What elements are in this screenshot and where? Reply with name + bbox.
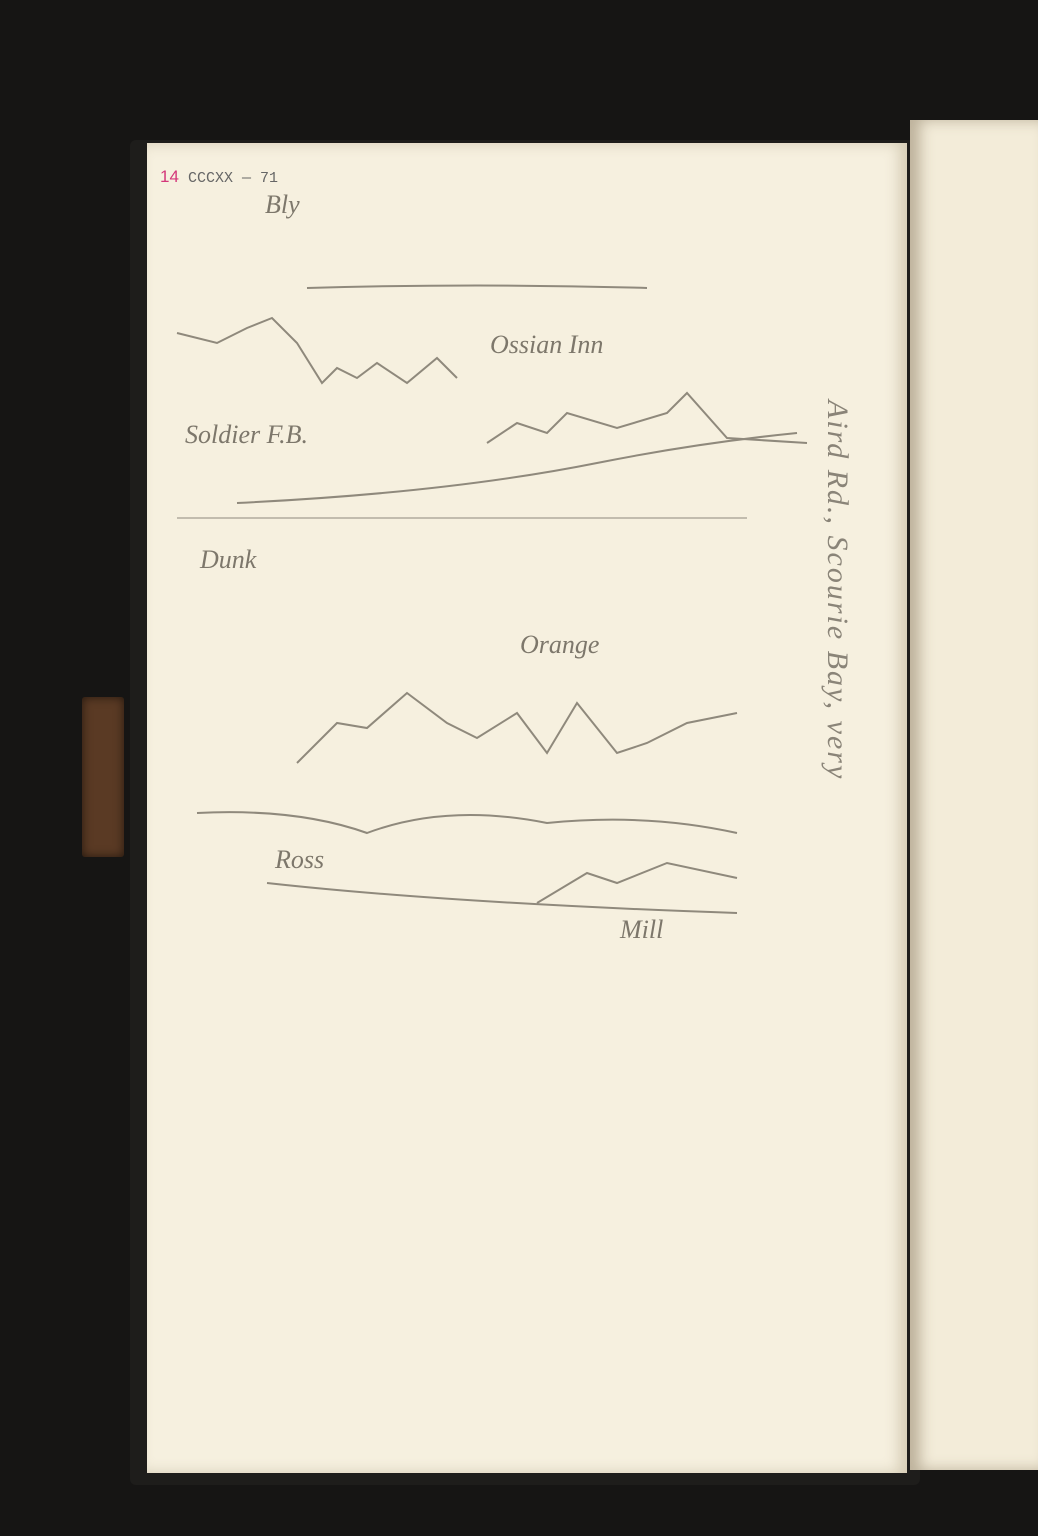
sketch-label: Dunk: [200, 545, 256, 575]
page-number: 14: [160, 167, 179, 186]
catalog-stamp: 14 CCCXX — 71: [160, 167, 278, 187]
vertical-inscription: Aird Rd., Scourie Bay, very: [820, 400, 854, 780]
sketch-label: Soldier F.B.: [185, 420, 308, 450]
sketch-label: Ross: [275, 845, 324, 875]
sketch-label: Ossian Inn: [490, 330, 603, 360]
sketch-label: Bly: [265, 190, 300, 220]
catalog-number: CCCXX — 71: [188, 170, 278, 187]
sketch-label: Mill: [620, 915, 663, 945]
sketch-label: Orange: [520, 630, 599, 660]
facing-page: [910, 120, 1038, 1470]
leather-strap: [82, 697, 124, 857]
